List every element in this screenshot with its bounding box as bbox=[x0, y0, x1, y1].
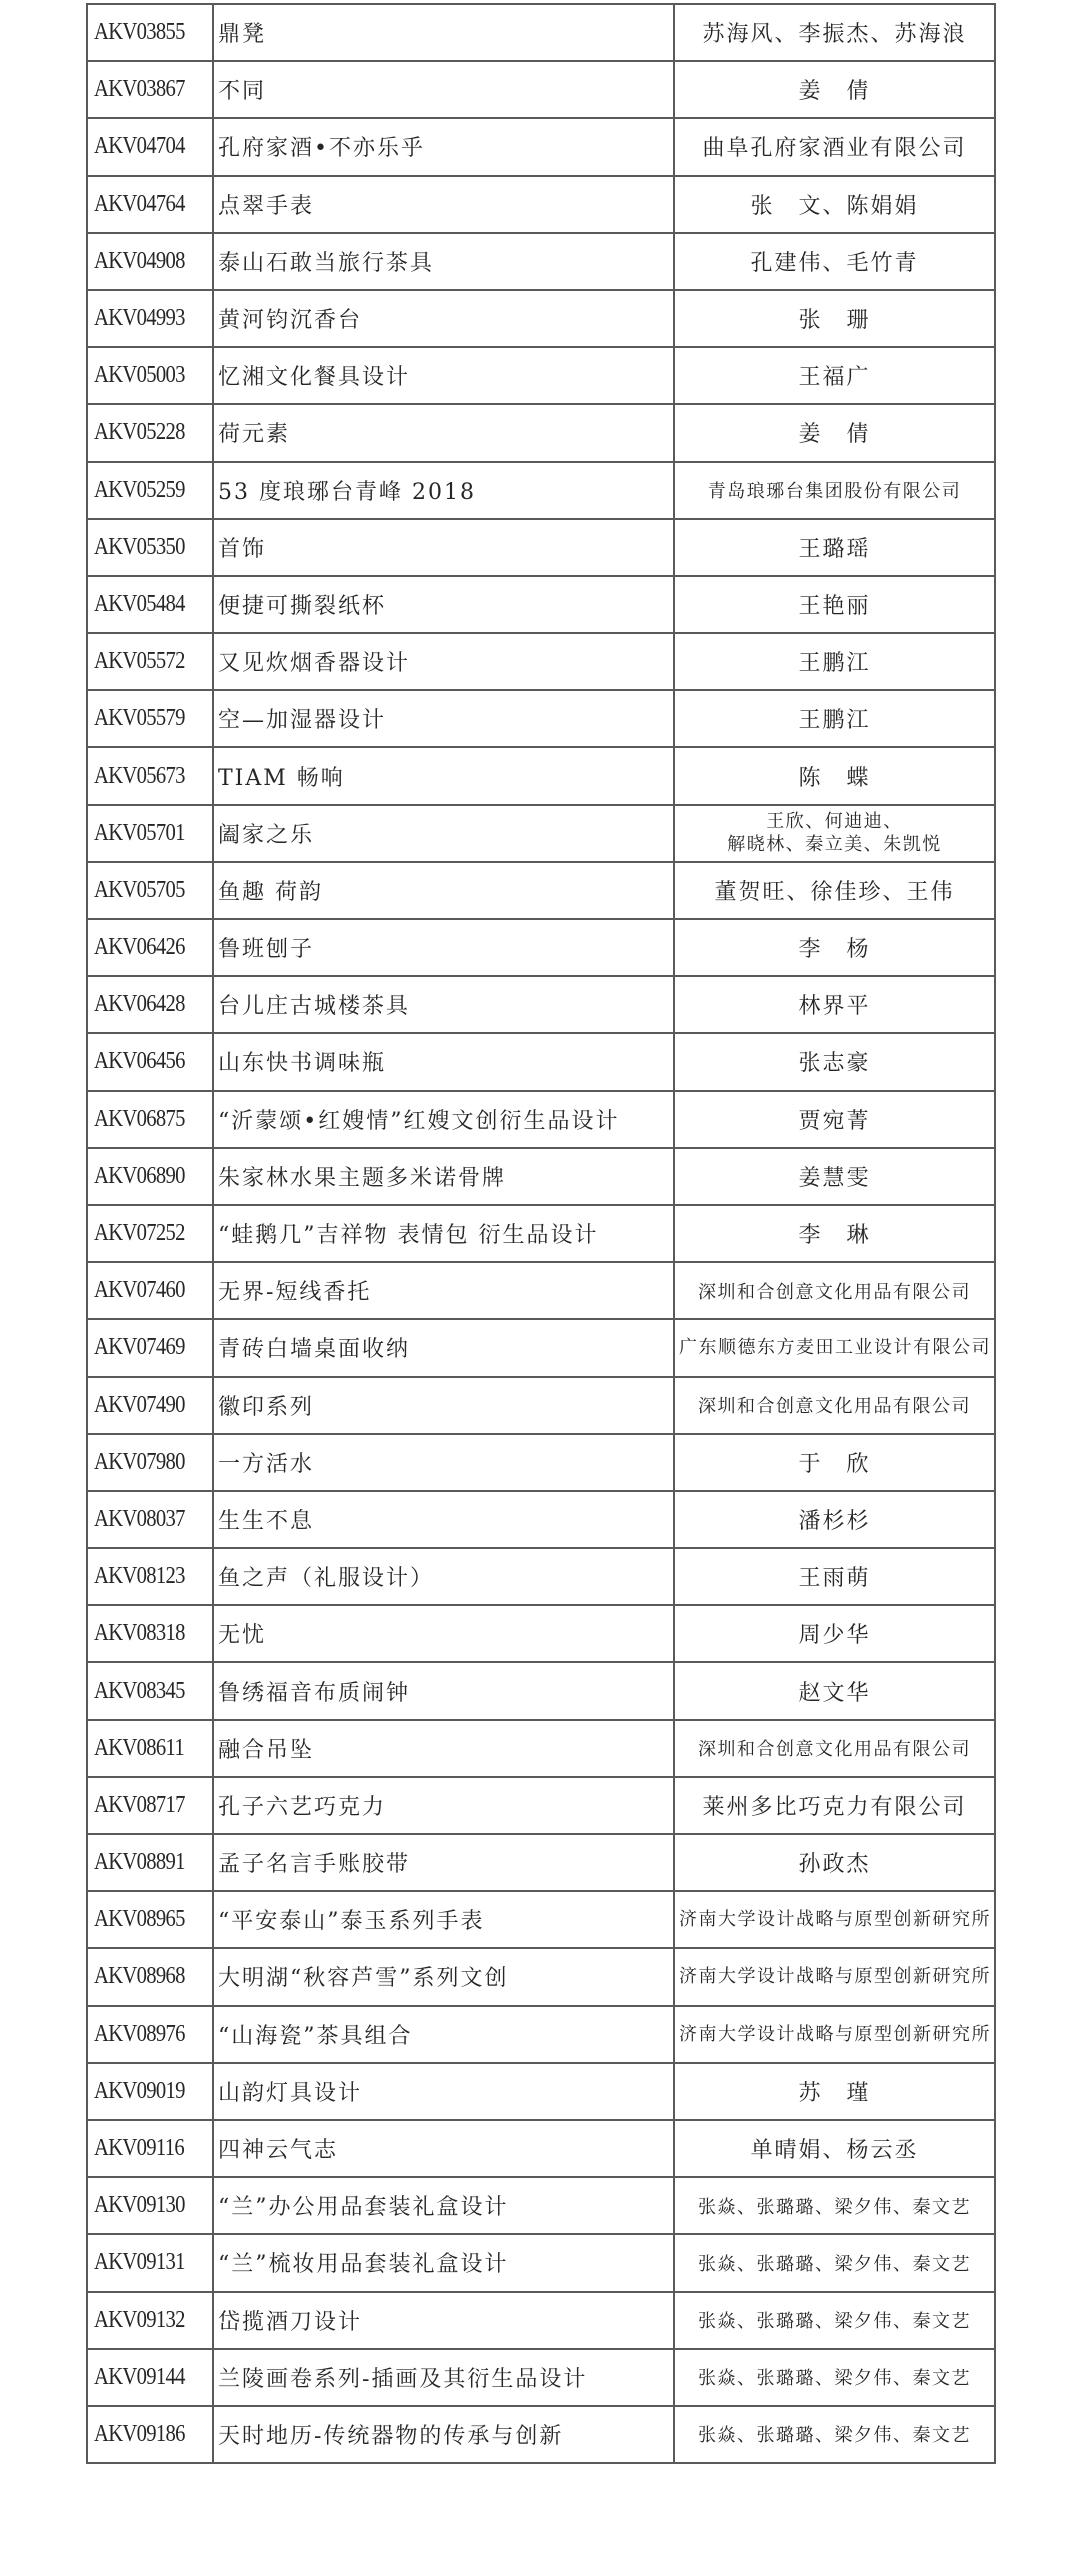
entry-title-cell: 荷元素 bbox=[213, 404, 674, 461]
entry-code: AKV06875 bbox=[94, 1106, 185, 1133]
entry-code: AKV05228 bbox=[94, 419, 185, 446]
table-row-akv04993: AKV04993 黄河钧沉香台 张 珊 bbox=[87, 290, 995, 347]
entry-author-cell: 王璐瑶 bbox=[674, 519, 995, 576]
entry-title: 便捷可撕裂纸杯 bbox=[218, 594, 386, 619]
entry-author-cell: 深圳和合创意文化用品有限公司 bbox=[674, 1262, 995, 1319]
entry-author: 张焱、张璐璐、梁夕伟、秦文艺 bbox=[698, 2254, 971, 2275]
entry-author-cell: 济南大学设计战略与原型创新研究所 bbox=[674, 1948, 995, 2005]
entry-author: 李 杨 bbox=[798, 937, 870, 962]
entry-author: 莱州多比巧克力有限公司 bbox=[702, 1795, 966, 1820]
entry-title: 生生不息 bbox=[218, 1509, 314, 1534]
entry-title-cell: 山韵灯具设计 bbox=[213, 2063, 674, 2120]
entry-author-cell: 张志豪 bbox=[674, 1033, 995, 1090]
entry-code: AKV05572 bbox=[94, 648, 185, 675]
entry-code: AKV05003 bbox=[94, 362, 185, 389]
entry-title-cell: 鼎凳 bbox=[213, 4, 674, 61]
entry-code: AKV05579 bbox=[94, 705, 185, 732]
entry-code-cell: AKV05228 bbox=[87, 404, 213, 461]
entry-code: AKV05705 bbox=[94, 877, 185, 904]
entry-code-cell: AKV06428 bbox=[87, 976, 213, 1033]
entry-title-cell: 无忧 bbox=[213, 1605, 674, 1662]
entry-author: 董贺旺、徐佳珍、王伟 bbox=[714, 880, 954, 905]
entry-code: AKV06426 bbox=[94, 934, 185, 961]
entry-title-cell: 台儿庄古城楼茶具 bbox=[213, 976, 674, 1033]
table-row-akv09132: AKV09132 岱揽酒刀设计 张焱、张璐璐、梁夕伟、秦文艺 bbox=[87, 2292, 995, 2349]
entry-code-cell: AKV08037 bbox=[87, 1491, 213, 1548]
entry-title: 山东快书调味瓶 bbox=[218, 1051, 386, 1076]
entry-title-cell: 徽印系列 bbox=[213, 1377, 674, 1434]
entry-author-cell: 潘杉杉 bbox=[674, 1491, 995, 1548]
entry-author-cell: 广东顺德东方麦田工业设计有限公司 bbox=[674, 1319, 995, 1376]
entry-title-cell: 青砖白墙桌面收纳 bbox=[213, 1319, 674, 1376]
entry-code-cell: AKV08717 bbox=[87, 1777, 213, 1834]
entry-title-cell: 孟子名言手账胶带 bbox=[213, 1834, 674, 1891]
entry-title: 黄河钧沉香台 bbox=[218, 308, 362, 333]
entry-author: 张焱、张璐璐、梁夕伟、秦文艺 bbox=[698, 2368, 971, 2389]
entry-title: 一方活水 bbox=[218, 1452, 314, 1477]
table-row-akv07980: AKV07980 一方活水 于 欣 bbox=[87, 1434, 995, 1491]
entry-code-cell: AKV05701 bbox=[87, 805, 213, 862]
entry-code-cell: AKV05572 bbox=[87, 633, 213, 690]
entry-author: 苏海风、李振杰、苏海浪 bbox=[702, 22, 966, 47]
table-row-akv04764: AKV04764 点翠手表 张 文、陈娟娟 bbox=[87, 176, 995, 233]
entry-author: 深圳和合创意文化用品有限公司 bbox=[698, 1282, 971, 1303]
table-row-akv07469: AKV07469 青砖白墙桌面收纳 广东顺德东方麦田工业设计有限公司 bbox=[87, 1319, 995, 1376]
entry-title: 首饰 bbox=[218, 537, 266, 562]
entry-title-cell: 鲁班刨子 bbox=[213, 919, 674, 976]
entry-code: AKV06890 bbox=[94, 1163, 185, 1190]
entry-code: AKV04764 bbox=[94, 191, 185, 218]
entry-code-cell: AKV05003 bbox=[87, 347, 213, 404]
entry-code-cell: AKV05705 bbox=[87, 862, 213, 919]
entry-title: 泰山石敢当旅行茶具 bbox=[218, 251, 434, 276]
entry-title: 忆湘文化餐具设计 bbox=[218, 365, 410, 390]
table-row-akv08965: AKV08965 “平安泰山”泰玉系列手表 济南大学设计战略与原型创新研究所 bbox=[87, 1891, 995, 1948]
entry-author-cell: 张焱、张璐璐、梁夕伟、秦文艺 bbox=[674, 2292, 995, 2349]
entry-title: “山海瓷”茶具组合 bbox=[218, 2024, 413, 2049]
entry-code: AKV04908 bbox=[94, 248, 185, 275]
entry-code-cell: AKV07469 bbox=[87, 1319, 213, 1376]
entry-code: AKV09131 bbox=[94, 2249, 185, 2276]
entry-code: AKV08611 bbox=[94, 1735, 184, 1762]
entry-title-cell: 首饰 bbox=[213, 519, 674, 576]
entry-author-cell: 苏 瑾 bbox=[674, 2063, 995, 2120]
entry-code: AKV07490 bbox=[94, 1392, 185, 1419]
entry-author-cell: 王艳丽 bbox=[674, 576, 995, 633]
entry-code: AKV08717 bbox=[94, 1792, 185, 1819]
entry-author-cell: 于 欣 bbox=[674, 1434, 995, 1491]
entry-title-cell: 点翠手表 bbox=[213, 176, 674, 233]
entry-code-cell: AKV08976 bbox=[87, 2006, 213, 2063]
entry-code-cell: AKV05259 bbox=[87, 462, 213, 519]
entry-author-cell: 孔建伟、毛竹青 bbox=[674, 233, 995, 290]
entry-author: 广东顺德东方麦田工业设计有限公司 bbox=[679, 1337, 991, 1358]
entry-code-cell: AKV09019 bbox=[87, 2063, 213, 2120]
entry-code: AKV07252 bbox=[94, 1220, 185, 1247]
entry-title: 鲁班刨子 bbox=[218, 937, 314, 962]
table-row-akv05228: AKV05228 荷元素 姜 倩 bbox=[87, 404, 995, 461]
entry-author-cell: 周少华 bbox=[674, 1605, 995, 1662]
entry-title-cell: 阖家之乐 bbox=[213, 805, 674, 862]
entry-author: 王雨萌 bbox=[798, 1566, 870, 1591]
entry-author-cell: 张 文、陈娟娟 bbox=[674, 176, 995, 233]
entry-title-cell: “蛙鹅几”吉祥物 表情包 衍生品设计 bbox=[213, 1205, 674, 1262]
table-row-akv04908: AKV04908 泰山石敢当旅行茶具 孔建伟、毛竹青 bbox=[87, 233, 995, 290]
table-row-akv05259: AKV05259 53 度琅琊台青峰 2018 青岛琅琊台集团股份有限公司 bbox=[87, 462, 995, 519]
entry-title-cell: 生生不息 bbox=[213, 1491, 674, 1548]
entry-author: 张 文、陈娟娟 bbox=[750, 194, 918, 219]
table-row-akv03867: AKV03867 不同 姜 倩 bbox=[87, 61, 995, 118]
entry-author-cell: 王鹏江 bbox=[674, 690, 995, 747]
entry-title-cell: “山海瓷”茶具组合 bbox=[213, 2006, 674, 2063]
entry-title-cell: 孔府家酒•不亦乐乎 bbox=[213, 118, 674, 175]
table-row-akv09186: AKV09186 天时地历-传统器物的传承与创新 张焱、张璐璐、梁夕伟、秦文艺 bbox=[87, 2406, 995, 2463]
entry-title: 天时地历-传统器物的传承与创新 bbox=[218, 2424, 563, 2449]
entry-author: 王鹏江 bbox=[798, 651, 870, 676]
entry-code-cell: AKV06875 bbox=[87, 1091, 213, 1148]
table-row-akv04704: AKV04704 孔府家酒•不亦乐乎 曲阜孔府家酒业有限公司 bbox=[87, 118, 995, 175]
entry-author-cell: 苏海风、李振杰、苏海浪 bbox=[674, 4, 995, 61]
table-row-akv08037: AKV08037 生生不息 潘杉杉 bbox=[87, 1491, 995, 1548]
entry-author: 深圳和合创意文化用品有限公司 bbox=[698, 1396, 971, 1417]
entry-author: 李 琳 bbox=[798, 1223, 870, 1248]
entry-title: 孔府家酒•不亦乐乎 bbox=[218, 136, 425, 161]
entry-code-cell: AKV09131 bbox=[87, 2234, 213, 2291]
entry-author: 王璐瑶 bbox=[798, 537, 870, 562]
entry-author: 贾宛菁 bbox=[798, 1109, 870, 1134]
entry-code-cell: AKV03855 bbox=[87, 4, 213, 61]
entry-author-cell: 姜 倩 bbox=[674, 404, 995, 461]
entry-title-cell: 天时地历-传统器物的传承与创新 bbox=[213, 2406, 674, 2463]
entry-code-cell: AKV08968 bbox=[87, 1948, 213, 2005]
entry-author-cell: 孙政杰 bbox=[674, 1834, 995, 1891]
table-row-akv08611: AKV08611 融合吊坠 深圳和合创意文化用品有限公司 bbox=[87, 1720, 995, 1777]
entry-code: AKV05701 bbox=[94, 820, 185, 847]
entry-author: 周少华 bbox=[798, 1623, 870, 1648]
entry-title: 徽印系列 bbox=[218, 1395, 314, 1420]
entry-title-cell: 53 度琅琊台青峰 2018 bbox=[213, 462, 674, 519]
table-row-akv08976: AKV08976 “山海瓷”茶具组合 济南大学设计战略与原型创新研究所 bbox=[87, 2006, 995, 2063]
entry-author: 姜慧雯 bbox=[798, 1166, 870, 1191]
entry-code-cell: AKV05350 bbox=[87, 519, 213, 576]
entry-code-cell: AKV05579 bbox=[87, 690, 213, 747]
entry-code: AKV07460 bbox=[94, 1277, 185, 1304]
table-row-akv07252: AKV07252 “蛙鹅几”吉祥物 表情包 衍生品设计 李 琳 bbox=[87, 1205, 995, 1262]
entry-title-cell: TIAM 畅响 bbox=[213, 747, 674, 804]
entry-code: AKV03855 bbox=[94, 19, 185, 46]
entry-title: “平安泰山”泰玉系列手表 bbox=[218, 1909, 485, 1934]
entry-author-cell: 李 琳 bbox=[674, 1205, 995, 1262]
entry-code-cell: AKV09116 bbox=[87, 2120, 213, 2177]
entry-author-cell: 林界平 bbox=[674, 976, 995, 1033]
entry-code-cell: AKV07980 bbox=[87, 1434, 213, 1491]
entry-title: 融合吊坠 bbox=[218, 1738, 314, 1763]
entry-code-cell: AKV09186 bbox=[87, 2406, 213, 2463]
entry-author-cell: 张 珊 bbox=[674, 290, 995, 347]
entry-author: 姜 倩 bbox=[798, 422, 870, 447]
entry-author: 赵文华 bbox=[798, 1681, 870, 1706]
table-row-akv05701: AKV05701 阖家之乐 王欣、何迪迪、解晓林、秦立美、朱凯悦 bbox=[87, 805, 995, 862]
table-row-akv05003: AKV05003 忆湘文化餐具设计 王福广 bbox=[87, 347, 995, 404]
entry-code-cell: AKV08345 bbox=[87, 1662, 213, 1719]
entry-code: AKV09130 bbox=[94, 2192, 185, 2219]
entry-code-cell: AKV08965 bbox=[87, 1891, 213, 1948]
entry-title-cell: 又见炊烟香器设计 bbox=[213, 633, 674, 690]
entry-title: 点翠手表 bbox=[218, 194, 314, 219]
entry-author: 陈 蝶 bbox=[798, 766, 870, 791]
entry-code: AKV04704 bbox=[94, 133, 185, 160]
entry-title-cell: 空—加湿器设计 bbox=[213, 690, 674, 747]
table-row-akv08123: AKV08123 鱼之声（礼服设计） 王雨萌 bbox=[87, 1548, 995, 1605]
entry-code-cell: AKV08123 bbox=[87, 1548, 213, 1605]
entry-title-cell: 兰陵画卷系列-插画及其衍生品设计 bbox=[213, 2349, 674, 2406]
entry-author: 张焱、张璐璐、梁夕伟、秦文艺 bbox=[698, 2197, 971, 2218]
entry-author: 济南大学设计战略与原型创新研究所 bbox=[679, 1966, 991, 1987]
entry-title: 四神云气志 bbox=[218, 2138, 338, 2163]
entry-author: 济南大学设计战略与原型创新研究所 bbox=[679, 2024, 991, 2045]
entry-title-cell: 泰山石敢当旅行茶具 bbox=[213, 233, 674, 290]
entry-title: 53 度琅琊台青峰 2018 bbox=[218, 480, 476, 505]
entry-author-cell: 王福广 bbox=[674, 347, 995, 404]
entry-author: 林界平 bbox=[798, 994, 870, 1019]
entry-title-cell: 岱揽酒刀设计 bbox=[213, 2292, 674, 2349]
entry-title: 荷元素 bbox=[218, 422, 290, 447]
entry-author-cell: 张焱、张璐璐、梁夕伟、秦文艺 bbox=[674, 2406, 995, 2463]
entry-title: 鱼之声（礼服设计） bbox=[218, 1566, 434, 1591]
entry-author: 青岛琅琊台集团股份有限公司 bbox=[708, 481, 962, 502]
entry-code: AKV04993 bbox=[94, 305, 185, 332]
table-row-akv06426: AKV06426 鲁班刨子 李 杨 bbox=[87, 919, 995, 976]
entry-author: 张志豪 bbox=[798, 1051, 870, 1076]
entry-title-cell: “沂蒙颂•红嫂情”红嫂文创衍生品设计 bbox=[213, 1091, 674, 1148]
entry-title: 山韵灯具设计 bbox=[218, 2081, 362, 2106]
entry-title: 大明湖“秋容芦雪”系列文创 bbox=[218, 1966, 509, 1991]
entry-code-cell: AKV04764 bbox=[87, 176, 213, 233]
entry-title-cell: 鱼趣 荷韵 bbox=[213, 862, 674, 919]
entry-code: AKV08968 bbox=[94, 1963, 185, 1990]
entry-code-cell: AKV03867 bbox=[87, 61, 213, 118]
entry-code: AKV03867 bbox=[94, 76, 185, 103]
entry-title: 朱家林水果主题多米诺骨牌 bbox=[218, 1166, 506, 1191]
table-row-akv08968: AKV08968 大明湖“秋容芦雪”系列文创 济南大学设计战略与原型创新研究所 bbox=[87, 1948, 995, 2005]
entry-title-cell: 山东快书调味瓶 bbox=[213, 1033, 674, 1090]
entry-title-cell: 黄河钧沉香台 bbox=[213, 290, 674, 347]
table-row-akv09130: AKV09130 “兰”办公用品套装礼盒设计 张焱、张璐璐、梁夕伟、秦文艺 bbox=[87, 2177, 995, 2234]
entry-author: 孙政杰 bbox=[798, 1852, 870, 1877]
table-row-akv09144: AKV09144 兰陵画卷系列-插画及其衍生品设计 张焱、张璐璐、梁夕伟、秦文艺 bbox=[87, 2349, 995, 2406]
entry-code-cell: AKV06890 bbox=[87, 1148, 213, 1205]
entry-code: AKV07469 bbox=[94, 1334, 185, 1361]
entry-code-cell: AKV05673 bbox=[87, 747, 213, 804]
entry-code: AKV05350 bbox=[94, 534, 185, 561]
entry-author: 王福广 bbox=[798, 365, 870, 390]
entry-code-cell: AKV04908 bbox=[87, 233, 213, 290]
entry-title: 鱼趣 荷韵 bbox=[218, 880, 323, 905]
entry-title: “蛙鹅几”吉祥物 表情包 衍生品设计 bbox=[218, 1223, 598, 1248]
award-list-table: AKV03855 鼎凳 苏海风、李振杰、苏海浪 AKV03867 不同 姜 倩 … bbox=[86, 3, 996, 2464]
table-row-akv05572: AKV05572 又见炊烟香器设计 王鹏江 bbox=[87, 633, 995, 690]
entry-code: AKV06456 bbox=[94, 1048, 185, 1075]
entry-code-cell: AKV07490 bbox=[87, 1377, 213, 1434]
entry-code: AKV08965 bbox=[94, 1906, 185, 1933]
entry-title: 无忧 bbox=[218, 1623, 266, 1648]
entry-title-cell: 朱家林水果主题多米诺骨牌 bbox=[213, 1148, 674, 1205]
entry-code: AKV08976 bbox=[94, 2021, 185, 2048]
entry-title: 青砖白墙桌面收纳 bbox=[218, 1337, 410, 1362]
entry-author-cell: 董贺旺、徐佳珍、王伟 bbox=[674, 862, 995, 919]
entry-author-cell: 张焱、张璐璐、梁夕伟、秦文艺 bbox=[674, 2349, 995, 2406]
entry-author-cell: 贾宛菁 bbox=[674, 1091, 995, 1148]
entry-code: AKV09019 bbox=[94, 2078, 185, 2105]
entry-code-cell: AKV09130 bbox=[87, 2177, 213, 2234]
entry-code: AKV09144 bbox=[94, 2364, 185, 2391]
entry-author-cell: 张焱、张璐璐、梁夕伟、秦文艺 bbox=[674, 2234, 995, 2291]
entry-title-cell: 大明湖“秋容芦雪”系列文创 bbox=[213, 1948, 674, 2005]
entry-code-cell: AKV07460 bbox=[87, 1262, 213, 1319]
entry-title: 孟子名言手账胶带 bbox=[218, 1852, 410, 1877]
entry-author: 张焱、张璐璐、梁夕伟、秦文艺 bbox=[698, 2311, 971, 2332]
entry-author-cell: 陈 蝶 bbox=[674, 747, 995, 804]
entry-code: AKV06428 bbox=[94, 991, 185, 1018]
entry-code-cell: AKV06426 bbox=[87, 919, 213, 976]
entry-title-cell: “平安泰山”泰玉系列手表 bbox=[213, 1891, 674, 1948]
entry-author: 深圳和合创意文化用品有限公司 bbox=[698, 1739, 971, 1760]
entry-code-cell: AKV08318 bbox=[87, 1605, 213, 1662]
entry-code: AKV08345 bbox=[94, 1678, 185, 1705]
entry-author-cell: 王鹏江 bbox=[674, 633, 995, 690]
entry-title-cell: 融合吊坠 bbox=[213, 1720, 674, 1777]
table-row-akv08318: AKV08318 无忧 周少华 bbox=[87, 1605, 995, 1662]
entry-author: 王鹏江 bbox=[798, 708, 870, 733]
table-row-akv03855: AKV03855 鼎凳 苏海风、李振杰、苏海浪 bbox=[87, 4, 995, 61]
table-row-akv09116: AKV09116 四神云气志 单晴娟、杨云丞 bbox=[87, 2120, 995, 2177]
table-row-akv06456: AKV06456 山东快书调味瓶 张志豪 bbox=[87, 1033, 995, 1090]
entry-code-cell: AKV09132 bbox=[87, 2292, 213, 2349]
entry-author: 张焱、张璐璐、梁夕伟、秦文艺 bbox=[698, 2425, 971, 2446]
entry-code: AKV07980 bbox=[94, 1449, 185, 1476]
entry-title: 孔子六艺巧克力 bbox=[218, 1795, 386, 1820]
table-row-akv06875: AKV06875 “沂蒙颂•红嫂情”红嫂文创衍生品设计 贾宛菁 bbox=[87, 1091, 995, 1148]
entry-title-cell: 不同 bbox=[213, 61, 674, 118]
entry-title: TIAM 畅响 bbox=[218, 766, 345, 791]
entry-author: 王欣、何迪迪、解晓林、秦立美、朱凯悦 bbox=[727, 811, 942, 855]
entry-author-cell: 莱州多比巧克力有限公司 bbox=[674, 1777, 995, 1834]
entry-author-cell: 深圳和合创意文化用品有限公司 bbox=[674, 1720, 995, 1777]
table-row-akv09019: AKV09019 山韵灯具设计 苏 瑾 bbox=[87, 2063, 995, 2120]
entry-author-cell: 济南大学设计战略与原型创新研究所 bbox=[674, 2006, 995, 2063]
table-row-akv05484: AKV05484 便捷可撕裂纸杯 王艳丽 bbox=[87, 576, 995, 633]
entry-author-cell: 王雨萌 bbox=[674, 1548, 995, 1605]
entry-author: 王艳丽 bbox=[798, 594, 870, 619]
entry-code: AKV08318 bbox=[94, 1620, 185, 1647]
entry-title-cell: 鲁绣福音布质闹钟 bbox=[213, 1662, 674, 1719]
entry-title-cell: 无界-短线香托 bbox=[213, 1262, 674, 1319]
entry-title: 台儿庄古城楼茶具 bbox=[218, 994, 410, 1019]
entry-author: 潘杉杉 bbox=[798, 1509, 870, 1534]
entry-code: AKV05484 bbox=[94, 591, 185, 618]
entry-author-cell: 赵文华 bbox=[674, 1662, 995, 1719]
entry-author-cell: 济南大学设计战略与原型创新研究所 bbox=[674, 1891, 995, 1948]
entry-author-cell: 王欣、何迪迪、解晓林、秦立美、朱凯悦 bbox=[674, 805, 995, 862]
entry-author: 曲阜孔府家酒业有限公司 bbox=[702, 136, 966, 161]
entry-title: “沂蒙颂•红嫂情”红嫂文创衍生品设计 bbox=[218, 1109, 619, 1134]
entry-title: 鲁绣福音布质闹钟 bbox=[218, 1681, 410, 1706]
entry-title: 不同 bbox=[218, 79, 266, 104]
table-row-akv09131: AKV09131 “兰”梳妆用品套装礼盒设计 张焱、张璐璐、梁夕伟、秦文艺 bbox=[87, 2234, 995, 2291]
entry-author-cell: 姜慧雯 bbox=[674, 1148, 995, 1205]
entry-code: AKV08891 bbox=[94, 1849, 185, 1876]
table-row-akv08345: AKV08345 鲁绣福音布质闹钟 赵文华 bbox=[87, 1662, 995, 1719]
entry-code: AKV09186 bbox=[94, 2421, 185, 2448]
entry-title: 无界-短线香托 bbox=[218, 1280, 371, 1305]
table-row-akv07460: AKV07460 无界-短线香托 深圳和合创意文化用品有限公司 bbox=[87, 1262, 995, 1319]
entry-code: AKV09132 bbox=[94, 2307, 185, 2334]
entry-code: AKV05259 bbox=[94, 477, 185, 504]
entry-author-cell: 李 杨 bbox=[674, 919, 995, 976]
entry-code-cell: AKV04704 bbox=[87, 118, 213, 175]
entry-code-cell: AKV08891 bbox=[87, 1834, 213, 1891]
entry-code: AKV05673 bbox=[94, 763, 185, 790]
entry-title-cell: 一方活水 bbox=[213, 1434, 674, 1491]
entry-title: 兰陵画卷系列-插画及其衍生品设计 bbox=[218, 2367, 587, 2392]
entry-title: “兰”办公用品套装礼盒设计 bbox=[218, 2195, 509, 2220]
entry-code: AKV08123 bbox=[94, 1563, 185, 1590]
entry-author-cell: 曲阜孔府家酒业有限公司 bbox=[674, 118, 995, 175]
table-row-akv05673: AKV05673 TIAM 畅响 陈 蝶 bbox=[87, 747, 995, 804]
entry-author-cell: 姜 倩 bbox=[674, 61, 995, 118]
entry-code-cell: AKV04993 bbox=[87, 290, 213, 347]
entry-title-cell: 便捷可撕裂纸杯 bbox=[213, 576, 674, 633]
table-row-akv08717: AKV08717 孔子六艺巧克力 莱州多比巧克力有限公司 bbox=[87, 1777, 995, 1834]
entry-author: 张 珊 bbox=[798, 308, 870, 333]
entry-code-cell: AKV07252 bbox=[87, 1205, 213, 1262]
table-row-akv06428: AKV06428 台儿庄古城楼茶具 林界平 bbox=[87, 976, 995, 1033]
entry-title: 又见炊烟香器设计 bbox=[218, 651, 410, 676]
entry-author: 苏 瑾 bbox=[798, 2081, 870, 2106]
entry-code: AKV09116 bbox=[94, 2135, 184, 2162]
entry-author-cell: 张焱、张璐璐、梁夕伟、秦文艺 bbox=[674, 2177, 995, 2234]
entry-author-cell: 单晴娟、杨云丞 bbox=[674, 2120, 995, 2177]
entry-author: 于 欣 bbox=[798, 1452, 870, 1477]
entry-author: 济南大学设计战略与原型创新研究所 bbox=[679, 1909, 991, 1930]
entry-author: 姜 倩 bbox=[798, 79, 870, 104]
entry-code: AKV08037 bbox=[94, 1506, 185, 1533]
entry-title-cell: 忆湘文化餐具设计 bbox=[213, 347, 674, 404]
entry-author-cell: 青岛琅琊台集团股份有限公司 bbox=[674, 462, 995, 519]
entry-title: 阖家之乐 bbox=[218, 823, 314, 848]
entry-title-cell: “兰”梳妆用品套装礼盒设计 bbox=[213, 2234, 674, 2291]
entry-title: 鼎凳 bbox=[218, 22, 266, 47]
entry-author-cell: 深圳和合创意文化用品有限公司 bbox=[674, 1377, 995, 1434]
entry-title: 岱揽酒刀设计 bbox=[218, 2310, 362, 2335]
entry-code-cell: AKV05484 bbox=[87, 576, 213, 633]
entry-code-cell: AKV06456 bbox=[87, 1033, 213, 1090]
entry-code-cell: AKV09144 bbox=[87, 2349, 213, 2406]
entry-author: 孔建伟、毛竹青 bbox=[750, 251, 918, 276]
entry-title-cell: “兰”办公用品套装礼盒设计 bbox=[213, 2177, 674, 2234]
entry-code-cell: AKV08611 bbox=[87, 1720, 213, 1777]
table-body: AKV03855 鼎凳 苏海风、李振杰、苏海浪 AKV03867 不同 姜 倩 … bbox=[87, 4, 995, 2463]
entry-title: 空—加湿器设计 bbox=[218, 708, 386, 733]
table-row-akv05705: AKV05705 鱼趣 荷韵 董贺旺、徐佳珍、王伟 bbox=[87, 862, 995, 919]
table-row-akv05350: AKV05350 首饰 王璐瑶 bbox=[87, 519, 995, 576]
entry-title-cell: 孔子六艺巧克力 bbox=[213, 1777, 674, 1834]
table-row-akv06890: AKV06890 朱家林水果主题多米诺骨牌 姜慧雯 bbox=[87, 1148, 995, 1205]
entry-title-cell: 鱼之声（礼服设计） bbox=[213, 1548, 674, 1605]
entry-title: “兰”梳妆用品套装礼盒设计 bbox=[218, 2252, 509, 2277]
table-row-akv05579: AKV05579 空—加湿器设计 王鹏江 bbox=[87, 690, 995, 747]
table-row-akv07490: AKV07490 徽印系列 深圳和合创意文化用品有限公司 bbox=[87, 1377, 995, 1434]
